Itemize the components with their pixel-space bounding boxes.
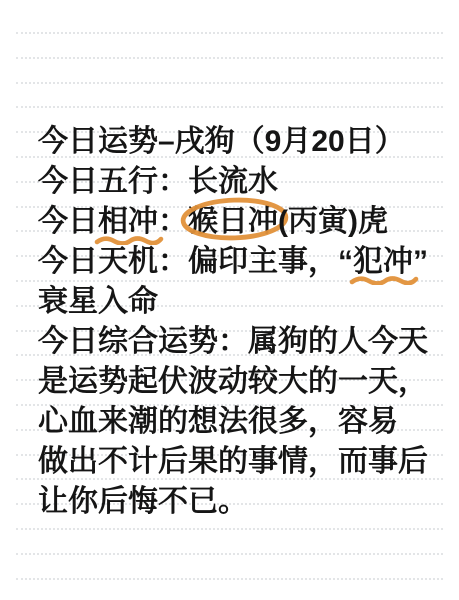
text-segment: 心血来潮的想法很多，容易	[38, 405, 398, 438]
wavy-underlined-text: 相冲	[98, 205, 158, 238]
text-segment: 衰星入命	[38, 285, 158, 318]
text-segment: ”	[413, 245, 428, 278]
text-line: 做出不计后果的事情，而事后	[38, 442, 456, 482]
text-segment: 是运势起伏波动较大的一天，	[38, 365, 428, 398]
ruled-line	[16, 32, 443, 34]
text-line: 今日相冲：猴日冲(丙寅)虎	[38, 202, 456, 242]
notebook-page: 今日运势–戌狗（9月20日）今日五行：长流水今日相冲：猴日冲(丙寅)虎今日天机：…	[0, 0, 459, 600]
text-segment: 今日天机：偏印主事，“	[38, 245, 353, 278]
fortune-text-block: 今日运势–戌狗（9月20日）今日五行：长流水今日相冲：猴日冲(丙寅)虎今日天机：…	[38, 122, 456, 522]
text-line: 衰星入命	[38, 282, 456, 322]
text-line: 心血来潮的想法很多，容易	[38, 402, 456, 442]
text-line: 让你后悔不已。	[38, 482, 456, 522]
text-segment: ：	[158, 205, 188, 238]
circled-highlight-text: 猴日冲	[188, 205, 278, 238]
text-line: 是运势起伏波动较大的一天，	[38, 362, 456, 402]
ruled-line	[16, 57, 443, 59]
title-line: 今日运势–戌狗（9月20日）	[38, 122, 456, 162]
text-segment: 今日	[38, 205, 98, 238]
text-segment: 今日综合运势：属狗的人今天	[38, 325, 428, 358]
wavy-underlined-text: 犯冲	[353, 245, 413, 278]
ruled-line	[16, 528, 443, 530]
text-line: 今日五行：长流水	[38, 162, 456, 202]
text-line: 今日综合运势：属狗的人今天	[38, 322, 456, 362]
text-line: 今日天机：偏印主事，“犯冲”	[38, 242, 456, 282]
text-segment: (丙寅)虎	[278, 205, 388, 238]
ruled-line	[16, 82, 443, 84]
text-segment: 让你后悔不已。	[38, 485, 248, 518]
ruled-line	[16, 106, 443, 108]
ruled-line	[16, 553, 443, 555]
text-segment: 做出不计后果的事情，而事后	[38, 445, 428, 478]
text-segment: 今日运势–戌狗（9月20日）	[38, 125, 405, 158]
text-segment: 今日五行：长流水	[38, 165, 278, 198]
circle-highlight-icon	[179, 195, 289, 243]
ruled-line	[16, 578, 443, 580]
